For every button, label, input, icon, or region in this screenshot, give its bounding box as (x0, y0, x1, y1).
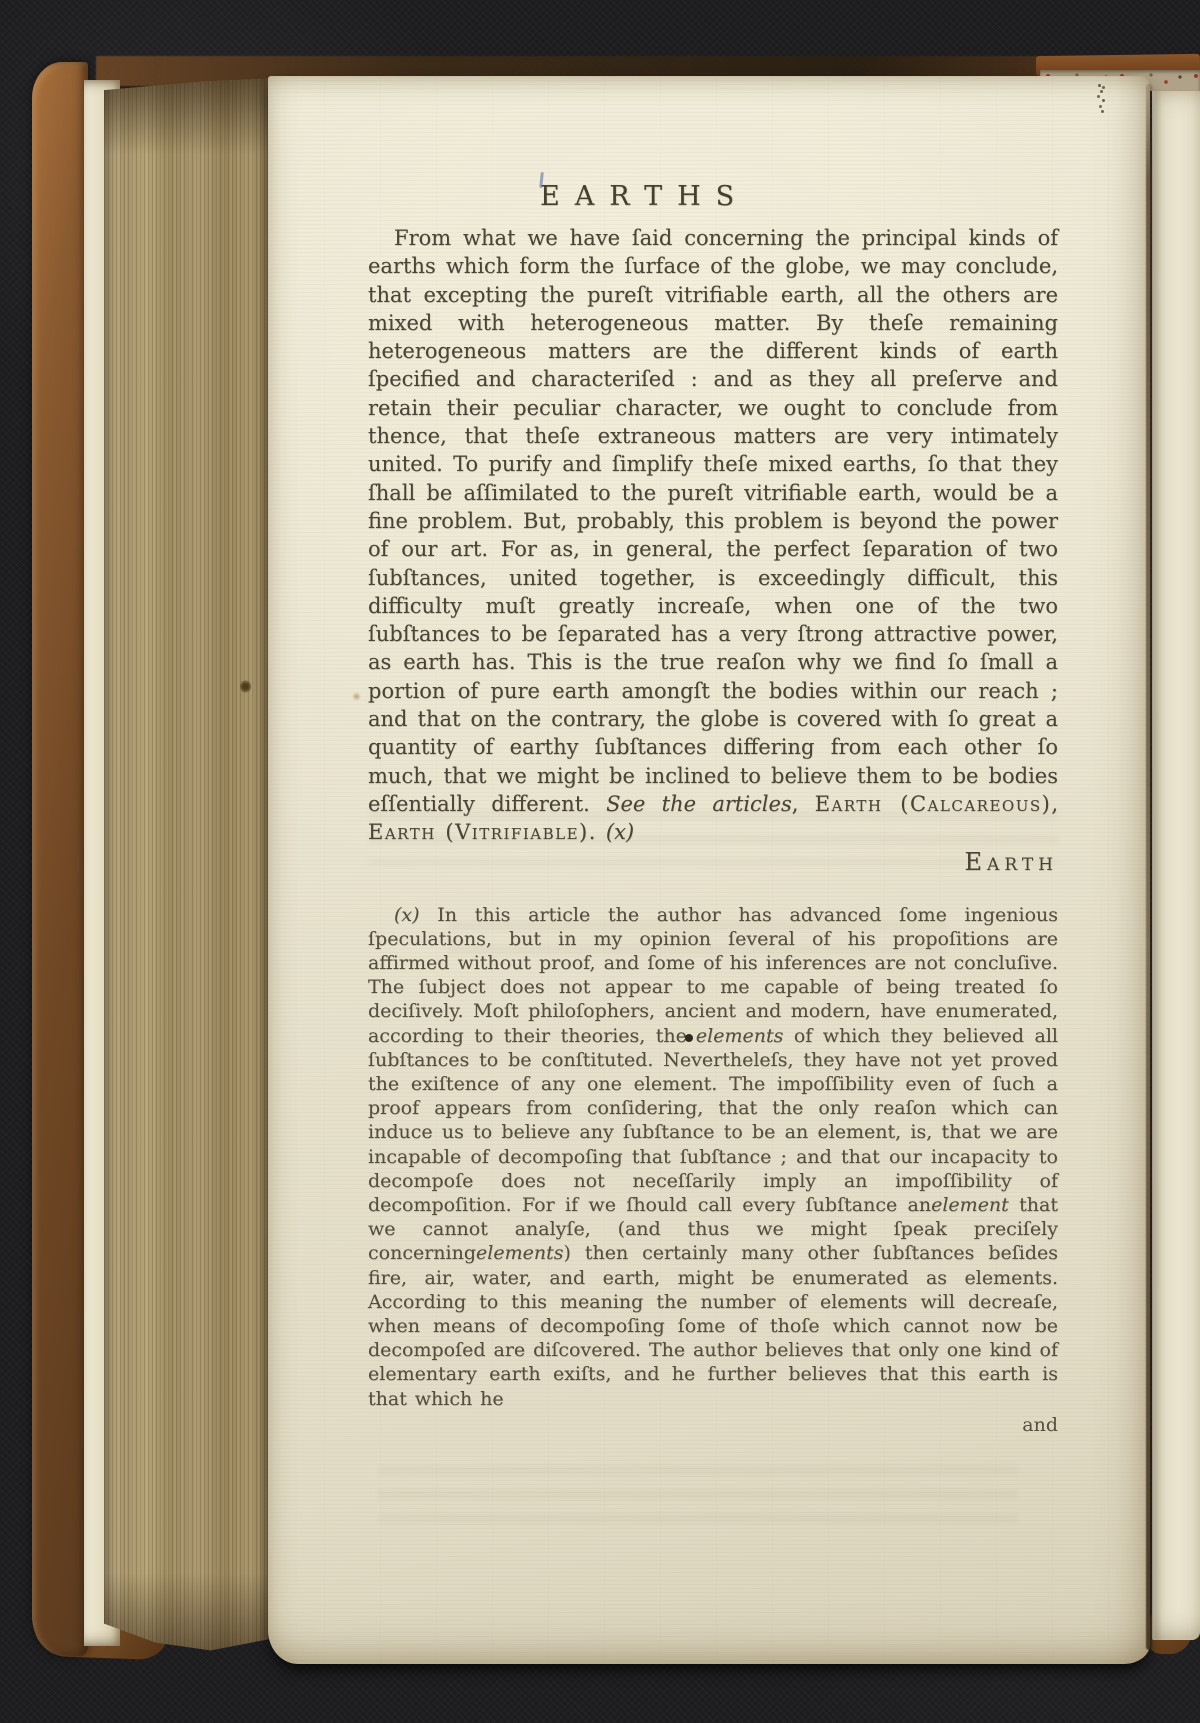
article-ref-earth-calcareous: Earth (Calcareous) (815, 792, 1052, 816)
book-page: EARTHS From what we have ſaid concerning… (268, 76, 1150, 1664)
elements-italic: elements (696, 1025, 783, 1047)
foxing-spot (352, 692, 361, 701)
element-italic: element (931, 1194, 1009, 1216)
separator: , (1051, 792, 1058, 816)
fore-edge-page-stack (104, 76, 276, 1652)
paragraph-body: From what we have ſaid concerning the pr… (368, 226, 1058, 816)
leather-cover-edge (32, 62, 88, 1656)
fore-edge-fleck (240, 680, 251, 693)
footnote: (x) In this article the author has advan… (368, 903, 1058, 1411)
section-catchword: Earth (368, 847, 1058, 877)
elements-italic: elements (476, 1242, 563, 1264)
text-column: EARTHS From what we have ſaid concerning… (368, 76, 1058, 1437)
footnote-marker: (x) (394, 904, 420, 926)
footnote-reference: (x) (606, 820, 634, 844)
separator (436, 820, 446, 844)
article-ref-earth: Earth (368, 820, 436, 844)
handwritten-smudge (1098, 84, 1101, 87)
footnote-text: ) then certainly many other ſubſtances b… (368, 1242, 1058, 1409)
ink-blot (685, 1034, 693, 1042)
book-photograph: EARTHS From what we have ſaid concerning… (0, 0, 1200, 1723)
separator: , (792, 792, 815, 816)
ink-showthrough (378, 1466, 1018, 1536)
main-paragraph: From what we have ſaid concerning the pr… (368, 224, 1058, 847)
footnote-text: of which they believed all ſubſtances to… (368, 1025, 1058, 1216)
page-heading: EARTHS (540, 182, 1058, 212)
see-articles-italic: See the articles (606, 792, 792, 816)
gutter-shadow (1146, 84, 1152, 1650)
article-ref-vitrifiable: (Vitrifiable). (445, 820, 596, 844)
page-catchword: and (368, 1413, 1058, 1437)
facing-page-edge (1152, 88, 1200, 1640)
